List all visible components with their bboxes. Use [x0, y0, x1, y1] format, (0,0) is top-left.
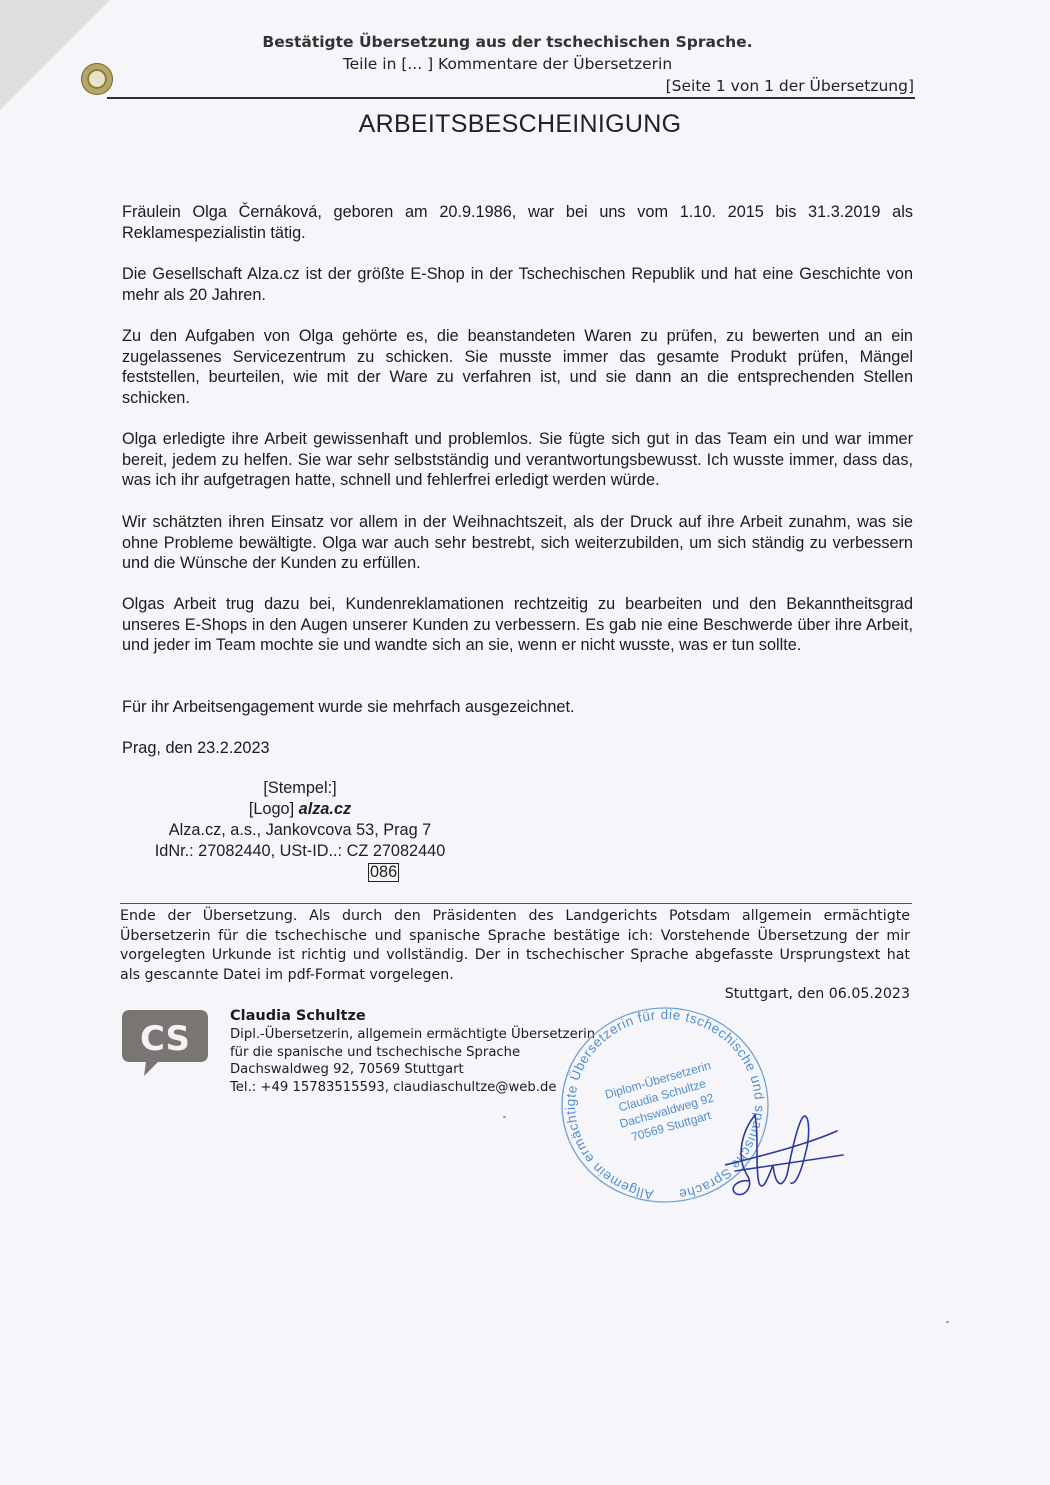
scan-speck	[946, 1321, 949, 1323]
translator-logo: CS	[120, 1008, 210, 1078]
logo-placeholder: [Logo]	[249, 800, 299, 818]
translation-header-subtitle: Teile in [... ] Kommentare der Übersetze…	[100, 55, 915, 73]
paragraph-intro: Fräulein Olga Černáková, geboren am 20.9…	[122, 202, 913, 243]
paragraph-performance: Olga erledigte ihre Arbeit gewissenhaft …	[122, 429, 913, 491]
stamp-label: [Stempel:]	[110, 778, 490, 799]
translator-title: Dipl.-Übersetzerin, allgemein ermächtigt…	[230, 1026, 595, 1044]
certification-place-date: Stuttgart, den 06.05.2023	[725, 986, 910, 1002]
header-divider	[107, 97, 915, 99]
handwritten-signature	[725, 1095, 845, 1205]
certification-text: Ende der Übersetzung. Als durch den Präs…	[120, 907, 910, 985]
stamp-ids: IdNr.: 27082440, USt-ID..: CZ 27082440	[110, 841, 490, 862]
document-title: ARBEITSBESCHEINIGUNG	[0, 110, 1040, 139]
company-stamp-transcription: [Stempel:] [Logo] alza.cz Alza.cz, a.s.,…	[110, 778, 490, 883]
scan-speck	[503, 1116, 506, 1118]
translation-header-title: Bestätigte Übersetzung aus der tschechis…	[100, 33, 915, 51]
paragraph-contribution: Olgas Arbeit trug dazu bei, Kundenreklam…	[122, 594, 913, 656]
translator-signature-block: Claudia Schultze Dipl.-Übersetzerin, all…	[230, 1007, 595, 1096]
page-info: [Seite 1 von 1 der Übersetzung]	[666, 77, 914, 95]
stamp-address: Alza.cz, a.s., Jankovcova 53, Prag 7	[110, 820, 490, 841]
stamp-logo-line: [Logo] alza.cz	[110, 799, 490, 820]
translator-contact: Tel.: +49 15783515593, claudiaschultze@w…	[230, 1079, 595, 1097]
translator-address: Dachswaldweg 92, 70569 Stuttgart	[230, 1061, 595, 1079]
paragraph-christmas: Wir schätzten ihren Einsatz vor allem in…	[122, 512, 913, 574]
translator-name: Claudia Schultze	[230, 1007, 595, 1026]
paragraph-company: Die Gesellschaft Alza.cz ist der größte …	[122, 264, 913, 305]
certification-divider	[120, 903, 912, 904]
place-date: Prag, den 23.2.2023	[122, 738, 913, 759]
translator-languages: für die spanische und tschechische Sprac…	[230, 1044, 595, 1062]
company-logo-name: alza.cz	[299, 800, 352, 818]
stamp-number: 086	[368, 863, 399, 882]
svg-text:CS: CS	[140, 1019, 190, 1059]
paragraph-duties: Zu den Aufgaben von Olga gehörte es, die…	[122, 326, 913, 408]
paragraph-awards: Für ihr Arbeitsengagement wurde sie mehr…	[122, 697, 913, 718]
